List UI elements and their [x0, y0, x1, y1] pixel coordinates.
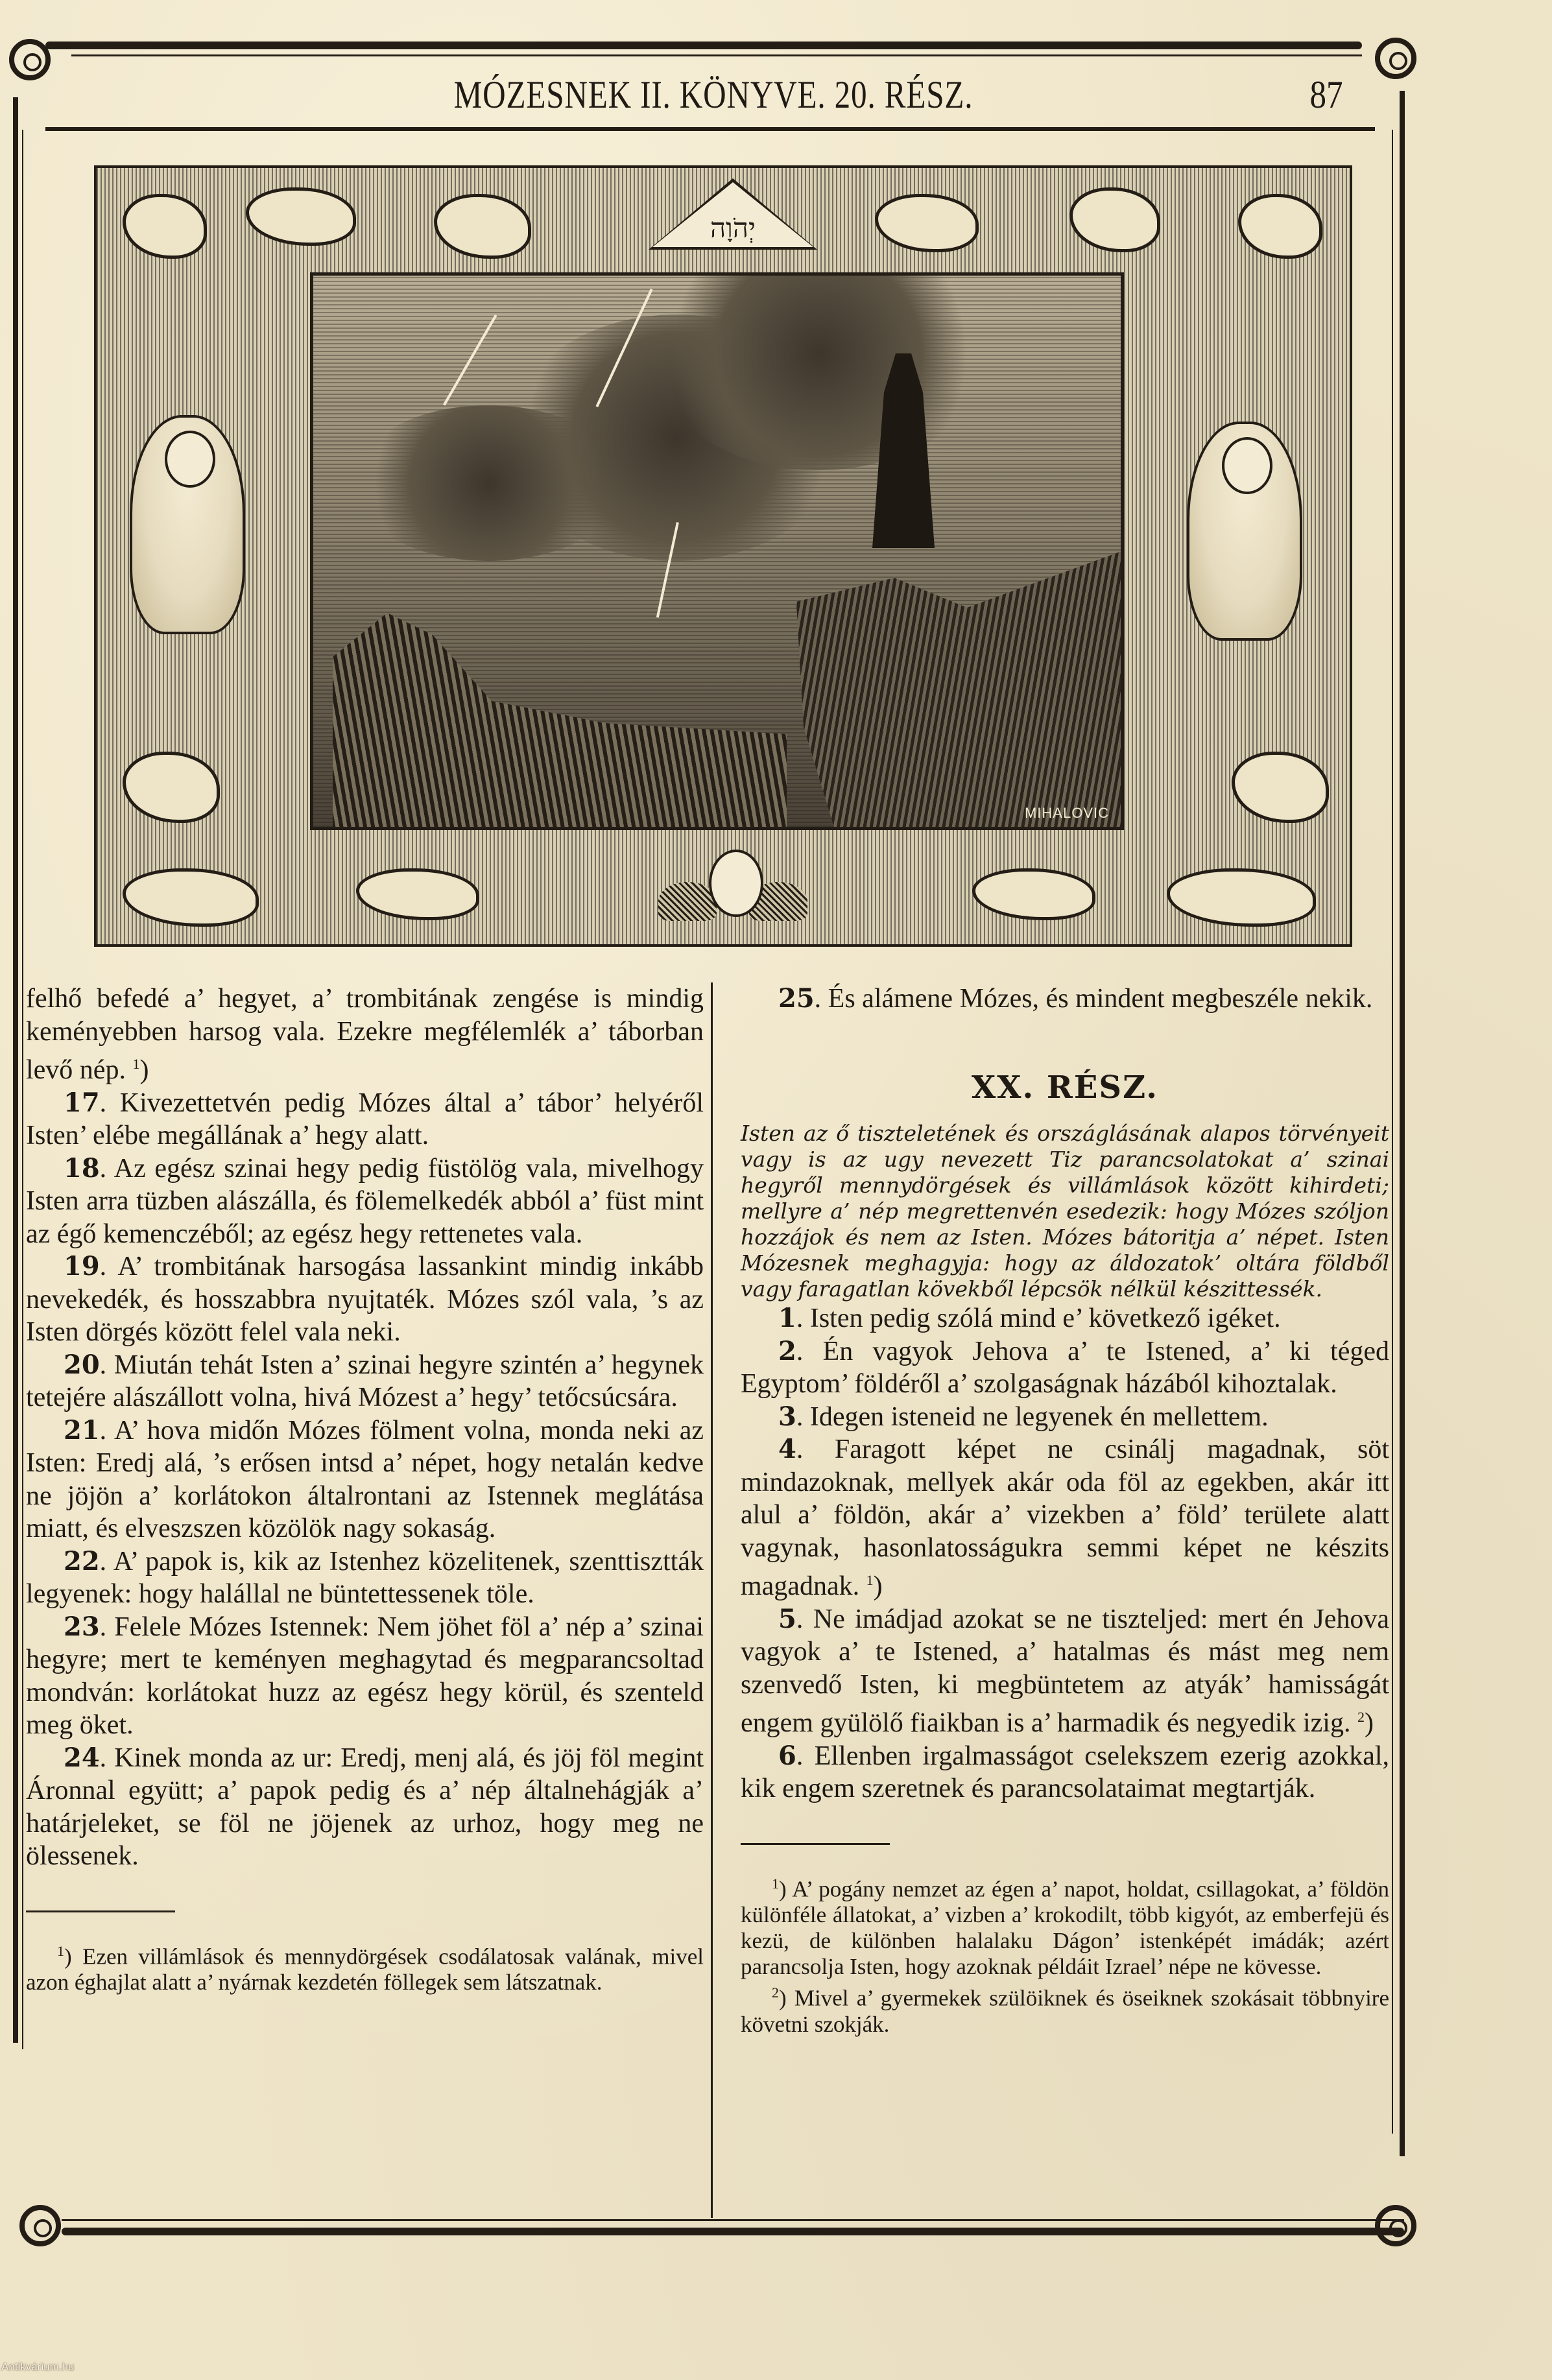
woodcut-moses-sinai: MIHALOVIC: [310, 272, 1124, 830]
commandment-5: 5. Ne imádjad azokat se ne tiszteljed: m…: [741, 1603, 1389, 1740]
lightning-bolt: [443, 315, 497, 406]
ornament-scroll: [356, 868, 479, 920]
ornament-scroll: [123, 194, 207, 259]
verse-19: 19. A’ trombitának harsogása lassankint …: [26, 1250, 704, 1349]
frame-left-rule: [13, 97, 18, 2043]
verse-22: 22. A’ papok is, kik az Istenhez közelit…: [26, 1545, 704, 1611]
tetragrammaton: יְהֹוָה: [649, 212, 817, 244]
mount-sinai-cliff: [767, 548, 1124, 830]
frame-top-rule: [45, 42, 1362, 49]
verse-number: 1: [778, 1303, 796, 1333]
ornament-scroll: [123, 752, 220, 823]
praying-angel-left: [130, 415, 245, 634]
footnote-ref[interactable]: 1: [866, 1572, 874, 1588]
verse-21: 21. A’ hova midőn Mózes fölment volna, m…: [26, 1414, 704, 1545]
verse-number: 24: [64, 1743, 100, 1773]
corner-ornament-bottom-left: [19, 2205, 61, 2246]
ornament-scroll: [123, 868, 259, 927]
verse-number: 22: [64, 1546, 100, 1577]
angel-head: [1222, 437, 1272, 494]
divine-name-triangle: יְהֹוָה: [649, 178, 817, 276]
chapter-summary: Isten az ő tiszteletének és országlásána…: [741, 1121, 1389, 1302]
verse-number: 3: [778, 1401, 796, 1432]
corner-ornament-top-left: [9, 39, 51, 80]
winged-cherub: [671, 850, 794, 940]
verse-number: 17: [64, 1088, 100, 1118]
header-underline: [45, 127, 1375, 131]
verse-continuation: felhő befedé a’ hegyet, a’ trombitának z…: [26, 982, 704, 1087]
commandment-4: 4. Faragott képet ne csinálj magadnak, s…: [741, 1433, 1389, 1603]
frame-bottom-inner-rule: [62, 2219, 1404, 2221]
ornament-scroll: [1069, 187, 1160, 252]
cherub-face: [709, 850, 763, 917]
footnote-1: 1) A’ pogány nemzet az égen a’ napot, ho…: [741, 1871, 1389, 1981]
footnote-ref[interactable]: 2: [1357, 1709, 1365, 1725]
ornament-scroll: [1167, 868, 1316, 927]
footnote-separator: [26, 1910, 175, 1912]
verse-number: 6: [778, 1741, 796, 1771]
angel-head: [165, 431, 215, 488]
running-title: MÓZESNEK II. KÖNYVE. 20. RÉSZ.: [128, 73, 1298, 117]
frame-right-inner-rule: [1392, 130, 1393, 2134]
corner-ornament-top-right: [1375, 38, 1416, 79]
verse-number: 18: [64, 1153, 100, 1184]
left-column: felhő befedé a’ hegyet, a’ trombitának z…: [26, 982, 704, 1995]
ornament-scroll: [434, 194, 531, 259]
commandment-1: 1. Isten pedig szólá mind e’ következő i…: [741, 1302, 1389, 1335]
verse-number: 25: [778, 983, 815, 1014]
verse-20: 20. Miután tehát Isten a’ szinai hegyre …: [26, 1349, 704, 1414]
verse-number: 4: [778, 1434, 796, 1464]
praying-angel-right: [1187, 422, 1302, 641]
ornament-scroll: [1238, 194, 1322, 259]
wing-left: [658, 882, 717, 921]
watermark: Antikvárium.hu: [1, 2361, 74, 2374]
commandment-3: 3. Idegen isteneid ne legyenek én mellet…: [741, 1401, 1389, 1434]
verse-number: 23: [64, 1612, 100, 1642]
frame-left-inner-rule: [22, 130, 23, 2049]
column-divider: [711, 982, 713, 2218]
page-number: 87: [1310, 73, 1343, 117]
verse-25: 25. És alámene Mózes, és mindent megbesz…: [741, 982, 1389, 1016]
commandment-2: 2. Én vagyok Jehova a’ te Istened, a’ ki…: [741, 1335, 1389, 1401]
verse-18: 18. Az egész szinai hegy pedig füstölög …: [26, 1152, 704, 1251]
frame-top-inner-rule: [71, 54, 1362, 56]
verse-number: 19: [64, 1251, 100, 1281]
verse-number: 21: [64, 1415, 100, 1446]
footnote-2: 2) Mivel a’ gyermekek szülöiknek és ösei…: [741, 1980, 1389, 2038]
verse-number: 5: [778, 1604, 796, 1634]
corner-ornament-bottom-right: [1375, 2205, 1416, 2246]
footnote-1: 1) Ezen villámlások és mennydörgések cso…: [26, 1938, 704, 1996]
ornament-scroll: [1232, 752, 1329, 823]
footnote-separator: [741, 1843, 890, 1845]
ornament-scroll: [972, 868, 1095, 920]
right-column: 25. És alámene Mózes, és mindent megbesz…: [741, 982, 1389, 2038]
verse-number: 20: [64, 1350, 100, 1380]
commandment-6: 6. Ellenben irgalmasságot cselekszem eze…: [741, 1740, 1389, 1805]
chapter-title: XX. RÉSZ.: [741, 1071, 1389, 1104]
ornament-scroll: [875, 194, 979, 252]
kneeling-people: [333, 613, 787, 830]
frame-bottom-rule: [62, 2228, 1404, 2235]
verse-number: 2: [778, 1336, 796, 1366]
frame-right-rule: [1400, 91, 1405, 2156]
engraver-signature: MIHALOVIC: [1025, 805, 1109, 822]
verse-24: 24. Kinek monda az ur: Eredj, menj alá, …: [26, 1742, 704, 1873]
verse-23: 23. Felele Mózes Istennek: Nem jöhet föl…: [26, 1611, 704, 1742]
verse-17: 17. Kivezettetvén pedig Mózes által a’ t…: [26, 1087, 704, 1152]
ornament-scroll: [246, 187, 356, 246]
footnote-ref[interactable]: 1: [132, 1056, 139, 1072]
